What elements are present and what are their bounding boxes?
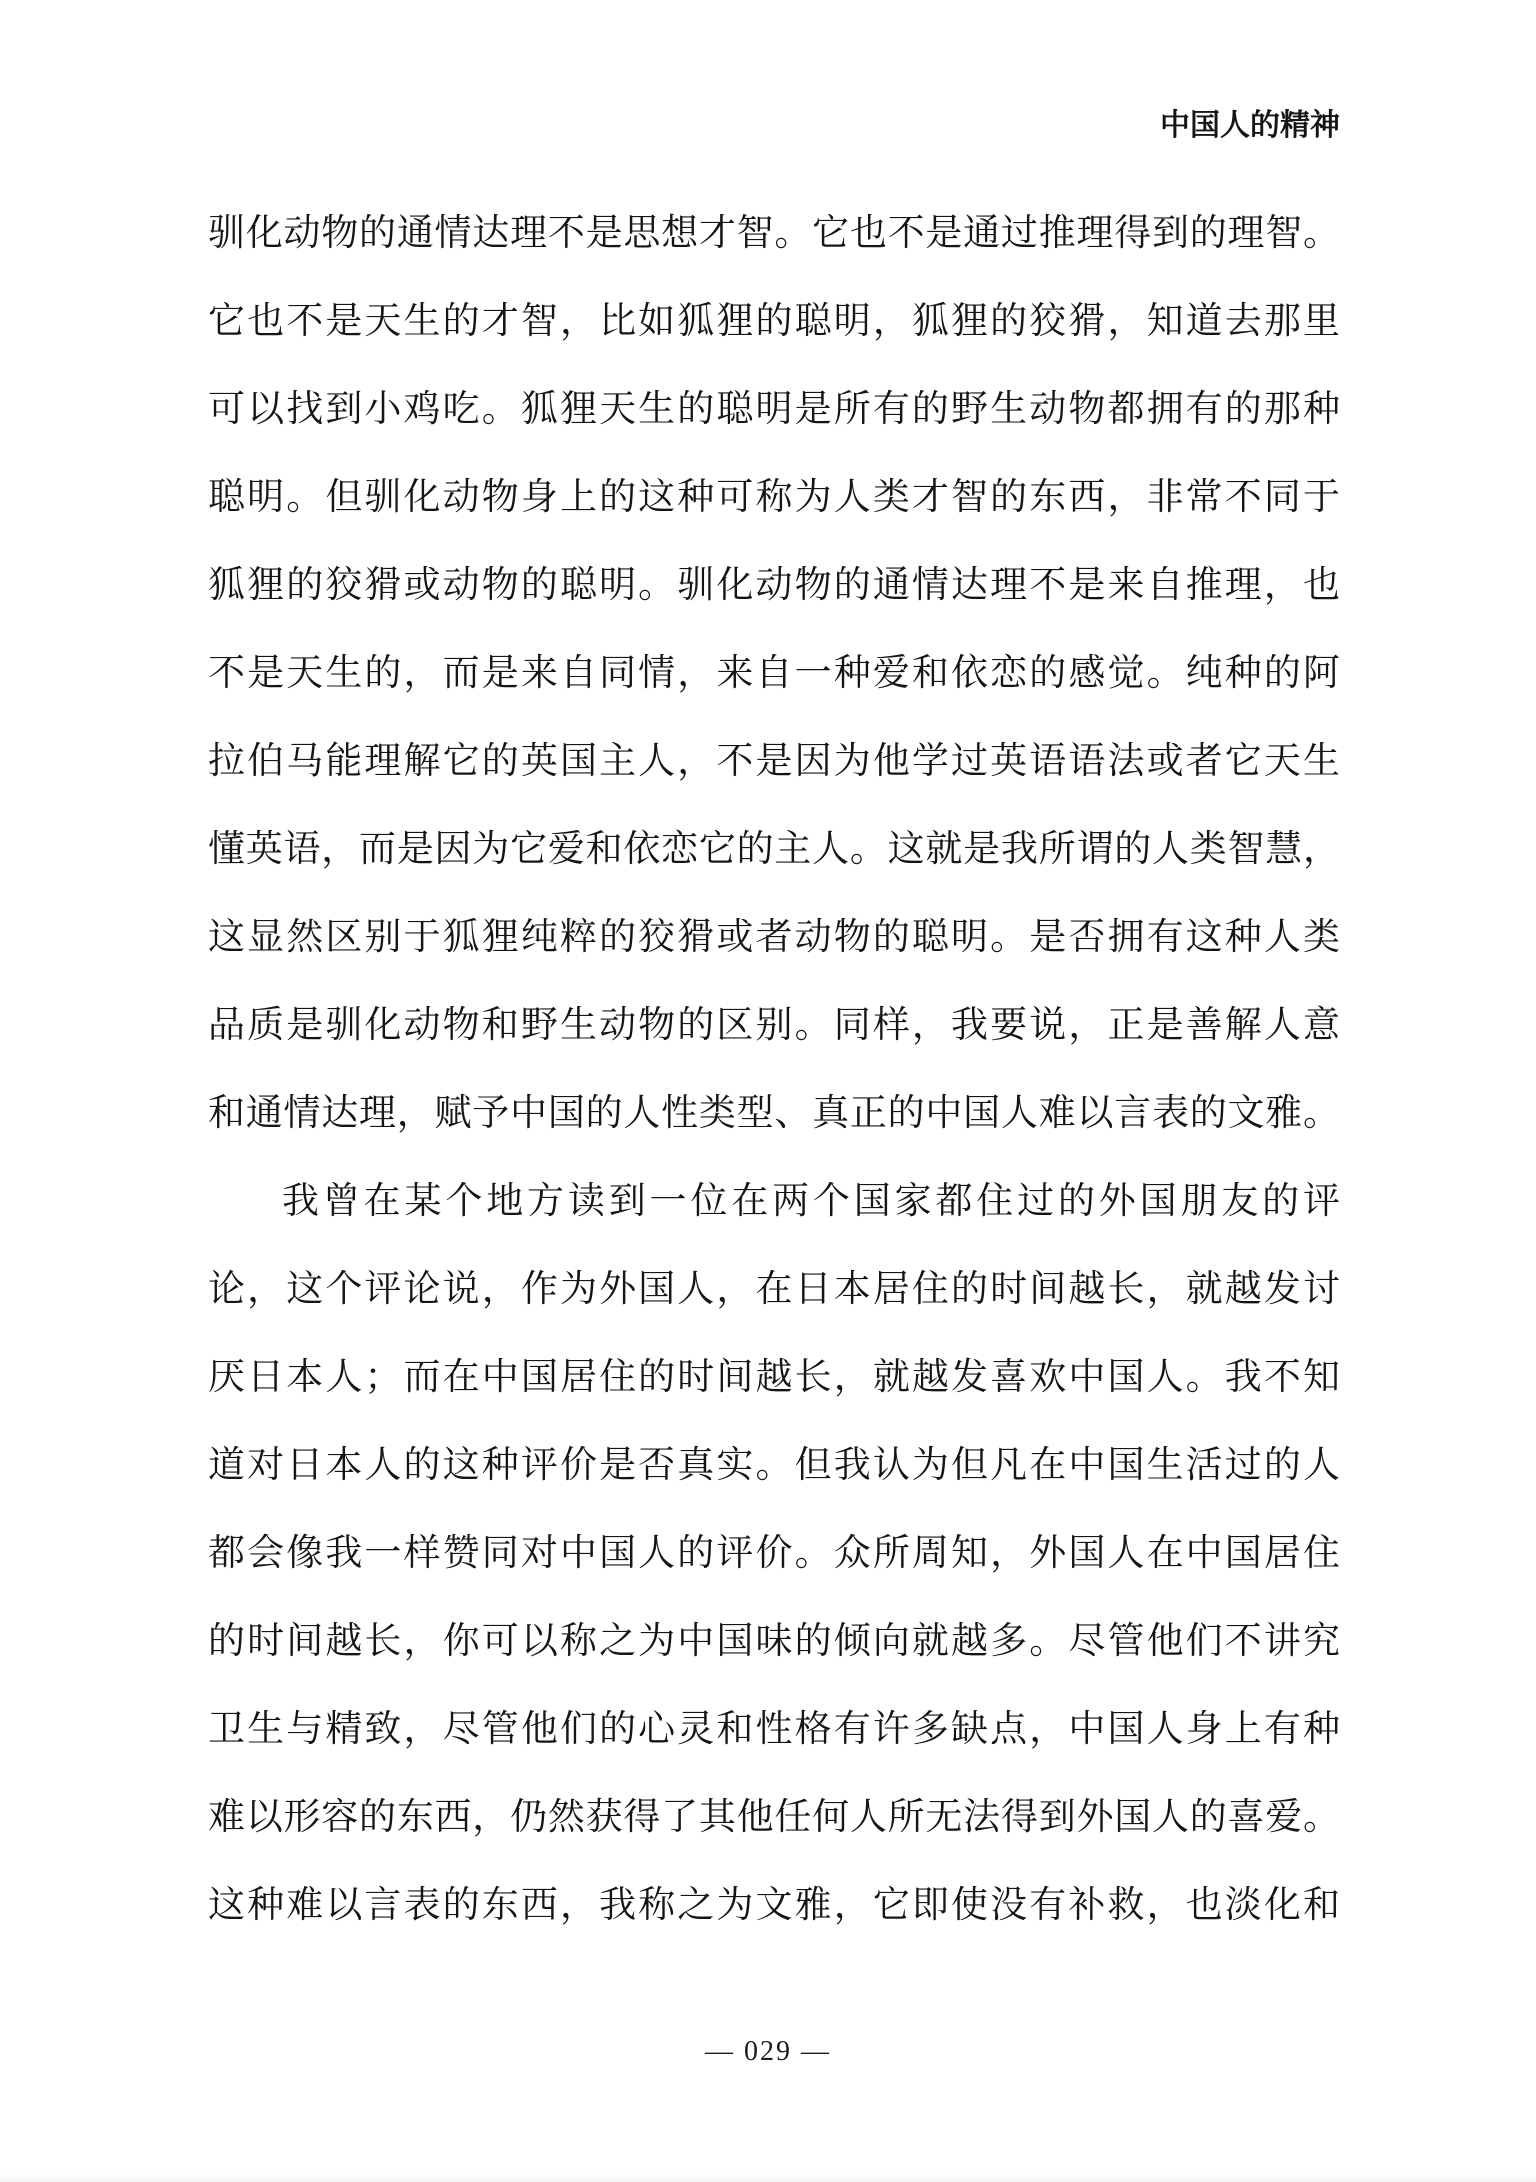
- text-line: 难以形容的东西，仍然获得了其他任何人所无法得到外国人的喜爱。: [208, 1774, 1340, 1862]
- running-head-title: 中国人的精神: [1160, 100, 1340, 144]
- text-line: 聪明。但驯化动物身上的这种可称为人类才智的东西，非常不同于: [208, 454, 1340, 542]
- text-line: 它也不是天生的才智，比如狐狸的聪明，狐狸的狡猾，知道去那里: [208, 278, 1340, 366]
- text-line: 卫生与精致，尽管他们的心灵和性格有许多缺点，中国人身上有种: [208, 1686, 1340, 1774]
- text-line: 拉伯马能理解它的英国主人，不是因为他学过英语语法或者它天生: [208, 718, 1340, 806]
- text-line: 这显然区别于狐狸纯粹的狡猾或者动物的聪明。是否拥有这种人类: [208, 894, 1340, 982]
- text-line: 可以找到小鸡吃。狐狸天生的聪明是所有的野生动物都拥有的那种: [208, 366, 1340, 454]
- text-line: 都会像我一样赞同对中国人的评价。众所周知，外国人在中国居住: [208, 1510, 1340, 1598]
- text-line: 狐狸的狡猾或动物的聪明。驯化动物的通情达理不是来自推理，也: [208, 542, 1340, 630]
- text-line: 的时间越长，你可以称之为中国味的倾向就越多。尽管他们不讲究: [208, 1598, 1340, 1686]
- text-line: 厌日本人；而在中国居住的时间越长，就越发喜欢中国人。我不知: [208, 1334, 1340, 1422]
- text-line: 和通情达理，赋予中国的人性类型、真正的中国人难以言表的文雅。: [208, 1070, 1340, 1158]
- text-line: 懂英语，而是因为它爱和依恋它的主人。这就是我所谓的人类智慧，: [208, 806, 1340, 894]
- text-line: 不是天生的，而是来自同情，来自一种爱和依恋的感觉。纯种的阿: [208, 630, 1340, 718]
- text-line: 论，这个评论说，作为外国人，在日本居住的时间越长，就越发讨: [208, 1246, 1340, 1334]
- text-line: 这种难以言表的东西，我称之为文雅，它即使没有补救，也淡化和: [208, 1862, 1340, 1950]
- body-text: 驯化动物的通情达理不是思想才智。它也不是通过推理得到的理智。 它也不是天生的才智…: [208, 190, 1340, 1950]
- text-line: 品质是驯化动物和野生动物的区别。同样，我要说，正是善解人意: [208, 982, 1340, 1070]
- book-page: 中国人的精神 驯化动物的通情达理不是思想才智。它也不是通过推理得到的理智。 它也…: [0, 0, 1536, 2182]
- paragraph-first-line: 我曾在某个地方读到一位在两个国家都住过的外国朋友的评: [208, 1158, 1340, 1246]
- text-line: 道对日本人的这种评价是否真实。但我认为但凡在中国生活过的人: [208, 1422, 1340, 1510]
- text-line: 驯化动物的通情达理不是思想才智。它也不是通过推理得到的理智。: [208, 190, 1340, 278]
- scan-edge-shadow: [0, 2174, 1536, 2182]
- page-number: — 029 —: [0, 2036, 1536, 2068]
